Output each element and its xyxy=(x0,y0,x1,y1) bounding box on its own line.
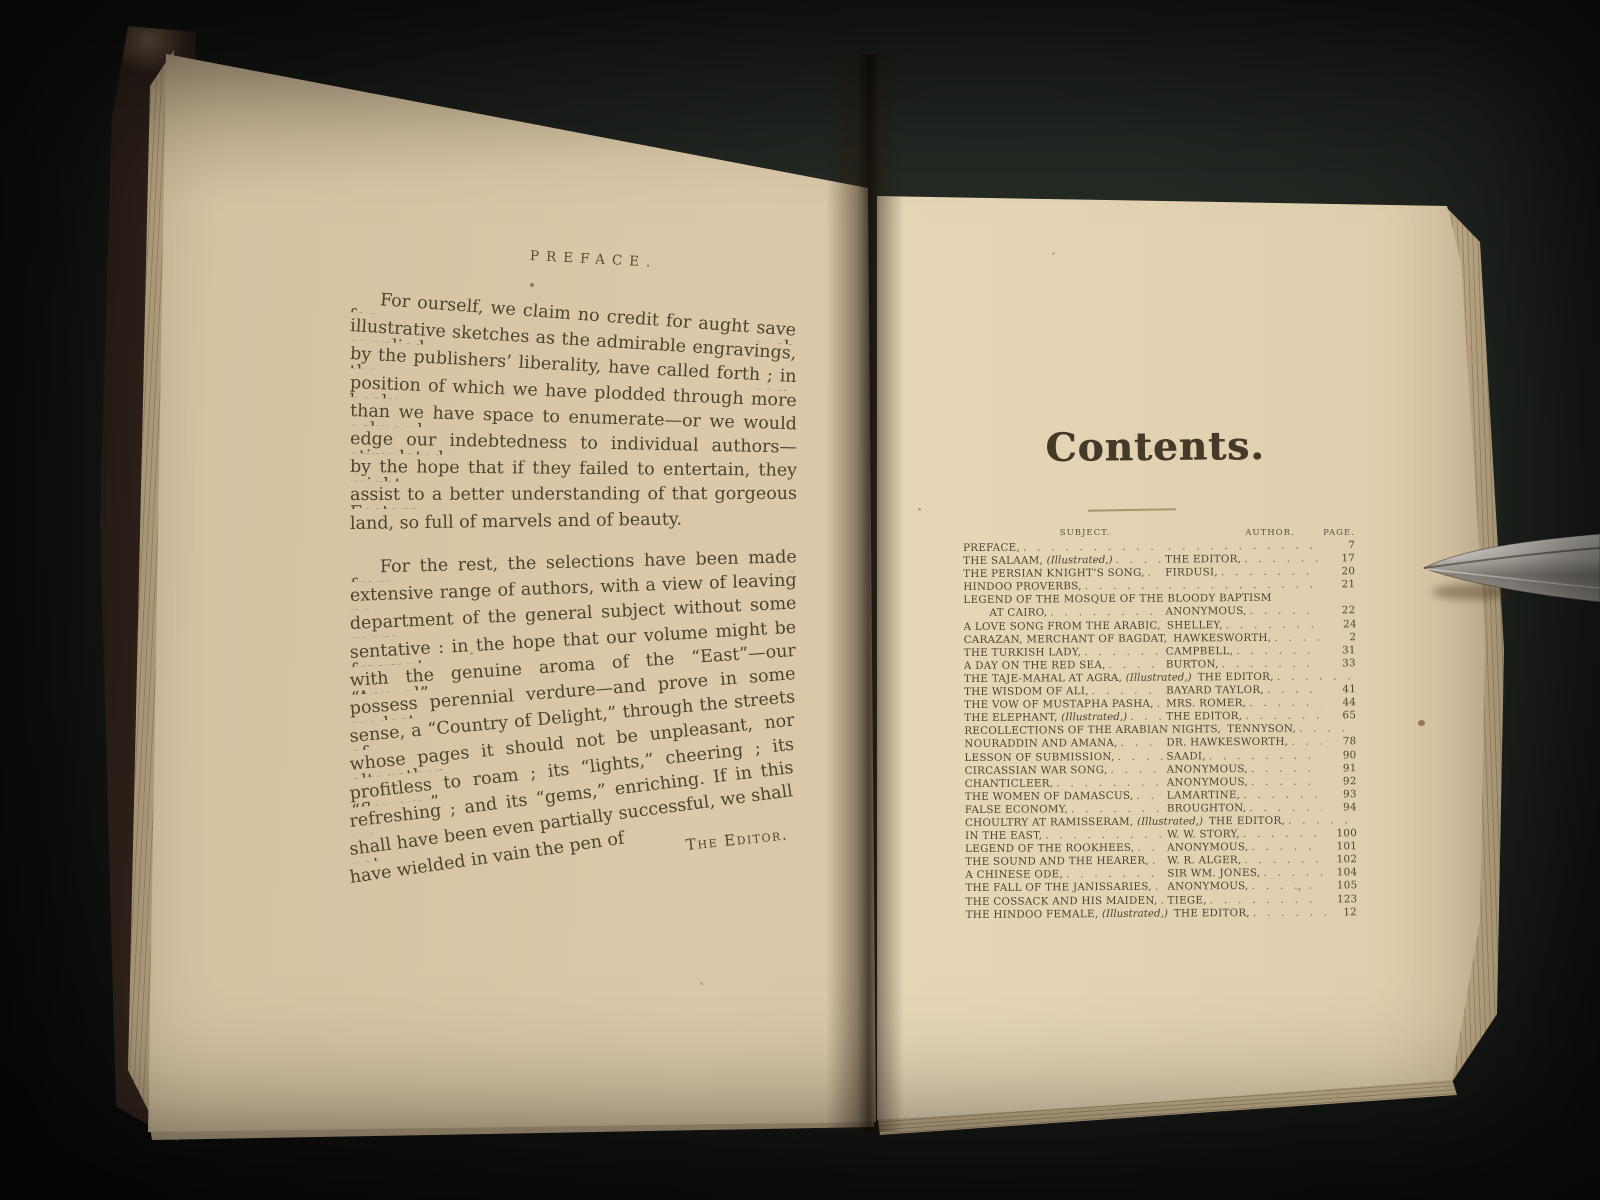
table-of-contents: PREFACE,. . . . . . . . . . . . . . . . … xyxy=(963,539,1358,921)
toc-subject: A LOVE SONG FROM THE ARABIC, xyxy=(964,619,1161,632)
toc-page-number: 101 xyxy=(1325,840,1357,852)
preface-line: assist to a better understanding of that… xyxy=(350,486,797,509)
toc-subject: THE VOW OF MUSTAPHA PASHA, xyxy=(964,698,1154,711)
toc-page-number: 90 xyxy=(1324,749,1356,761)
dot-leader: . . . . . . . . . . . . . . . . . . . . … xyxy=(1148,567,1163,579)
dot-leader: . . . . . . . . . . . . . . . . . . . . … xyxy=(1251,762,1322,774)
toc-subject: THE FALL OF THE JANISSARIES, xyxy=(965,881,1152,894)
dot-leader: . . . . . . . . . . . . . . . . . . . . … xyxy=(1251,841,1322,853)
dot-leader: . . . . . . . . . . . . . . . . . . . . … xyxy=(1243,828,1322,841)
dot-leader: . . . . . . . . . . . . . . . . . . . . … xyxy=(1249,697,1321,710)
foxing-speck xyxy=(918,508,921,511)
dot-leader: . . . . . . . . . . . . . . . . . . . . … xyxy=(1110,763,1163,775)
toc-subject: A DAY ON THE RED SEA, xyxy=(964,659,1106,672)
toc-page-number: 92 xyxy=(1325,775,1357,787)
toc-page-number: 102 xyxy=(1325,854,1357,866)
toc-page-number: 7 xyxy=(1323,539,1355,551)
dot-leader: . . . . . . . . . . . . . . . . . . . . … xyxy=(1291,736,1321,748)
dot-leader: . . . . . . . . . . . . . . . . . . . . … xyxy=(1210,893,1323,906)
toc-illustrated-note: (Illustrated,) xyxy=(1137,815,1203,827)
toc-page-number: 24 xyxy=(1325,618,1356,630)
toc-author: ANONYMOUS,. . . . . . . . . . . . . . . … xyxy=(1167,775,1325,788)
toc-author: BURTON,. . . . . . . . . . . . . . . . .… xyxy=(1166,657,1324,670)
toc-author: ANONYMOUS,. . . . . . . . . . . . . . . … xyxy=(1167,880,1325,893)
dot-leader: . . . . . . . . . . . . . . . . . . . . … xyxy=(1071,802,1164,815)
foxing-speck xyxy=(530,283,534,287)
dot-leader: . . . . . . . . . . . . . . . . . . . . … xyxy=(1157,698,1163,710)
toc-subject: THE WISDOM OF ALI, xyxy=(964,685,1089,698)
dot-leader: . . . . . . . . . . . . . . . . . . . . … xyxy=(1245,710,1321,723)
toc-author: SHELLEY,. . . . . . . . . . . . . . . . … xyxy=(1167,618,1325,631)
toc-subject: THE SOUND AND THE HEARER, xyxy=(965,855,1149,868)
toc-page-number: 44 xyxy=(1324,696,1356,708)
toc-subject: THE WOMEN OF DAMASCUS, xyxy=(965,790,1134,803)
dot-leader: . . . . . . . . . . . . . . . . . . . . … xyxy=(1252,880,1323,892)
toc-page-number: 105 xyxy=(1325,880,1357,892)
dot-leader: . . . . . . . . . . . . . . . . . . . . … xyxy=(1155,881,1165,893)
toc-illustrated-note: (Illustrated,) xyxy=(1126,671,1192,683)
toc-subject: RECOLLECTIONS OF THE ARABIAN NIGHTS, xyxy=(964,724,1221,738)
toc-page-number: 94 xyxy=(1325,801,1357,813)
toc-author: W. R. ALGER,. . . . . . . . . . . . . . … xyxy=(1167,854,1325,867)
foxing-speck xyxy=(470,652,473,655)
dot-leader: . . . . . . . . . . . . . . . . . . . . … xyxy=(1050,606,1162,619)
toc-subject: PREFACE, xyxy=(963,542,1020,554)
dot-leader: . . . . . . . . . . . . . . . . . . . . … xyxy=(1244,854,1322,867)
dot-leader: . . . . . . . . . . . . . . . . . . . . … xyxy=(1250,605,1321,617)
toc-page-number: 41 xyxy=(1324,683,1356,695)
toc-subject: FALSE ECONOMY, xyxy=(965,803,1068,816)
dot-leader: . . . . . . . . . . . . . . . . . . . . … xyxy=(1168,540,1320,553)
toc-page-number: 100 xyxy=(1325,827,1357,839)
toc-author: CAMPBELL,. . . . . . . . . . . . . . . .… xyxy=(1166,644,1324,657)
dot-leader: . . . . . . . . . . . . . . . . . . . . … xyxy=(1084,645,1163,658)
toc-page-number: 93 xyxy=(1325,788,1357,800)
foxing-speck xyxy=(1298,888,1301,891)
dot-leader: . . . . . . . . . . . . . . . . . . . . … xyxy=(1168,579,1320,592)
dot-leader: . . . . . . . . . . . . . . . . . . . . … xyxy=(1288,814,1357,826)
toc-page-number: 22 xyxy=(1323,605,1355,617)
toc-author: FIRDUSI,. . . . . . . . . . . . . . . . … xyxy=(1165,566,1323,579)
toc-subject: AT CAIRO, xyxy=(963,607,1047,620)
dot-leader: . . . . . . . . . . . . . . . . . . . . … xyxy=(1243,788,1322,801)
toc-page-number: 65 xyxy=(1324,709,1356,721)
toc-subject: LESSON OF SUBMISSION, xyxy=(964,750,1114,763)
toc-row: THE HINDOO FEMALE, (Illustrated,). . . .… xyxy=(966,906,1358,922)
dot-leader: . . . . . . . . . . . . . . . . . . . . … xyxy=(1116,554,1163,566)
dot-leader: . . . . . . . . . . . . . . . . . . . . … xyxy=(1152,855,1164,867)
toc-page-number: 20 xyxy=(1323,565,1355,577)
dot-leader: . . . . . . . . . . . . . . . . . . . . … xyxy=(1222,657,1321,670)
letter-opener xyxy=(1416,530,1600,614)
dot-leader: . . . . . . . . . . . . . . . . . . . . … xyxy=(1251,775,1322,787)
foxing-speck xyxy=(1418,720,1425,726)
dot-leader: . . . . . . . . . . . . . . . . . . . . … xyxy=(1253,906,1329,919)
toc-author: ANONYMOUS,. . . . . . . . . . . . . . . … xyxy=(1165,605,1323,618)
dot-leader: . . . . . . . . . . . . . . . . . . . . … xyxy=(1249,801,1322,814)
toc-author: ANONYMOUS,. . . . . . . . . . . . . . . … xyxy=(1167,762,1325,775)
dot-leader: . . . . . . . . . . . . . . . . . . . . … xyxy=(1066,868,1164,881)
toc-author: DR. HAWKESWORTH,. . . . . . . . . . . . … xyxy=(1166,736,1324,749)
toc-page-number: 104 xyxy=(1325,867,1357,879)
toc-subject: THE SALAAM, (Illustrated,) xyxy=(963,554,1113,567)
toc-subject: THE PERSIAN KNIGHT’S SONG, xyxy=(963,567,1145,580)
toc-subject: THE ELEPHANT, (Illustrated,) xyxy=(964,711,1127,724)
toc-author: THE EDITOR,. . . . . . . . . . . . . . .… xyxy=(1198,670,1356,683)
toc-author: MRS. ROMER,. . . . . . . . . . . . . . .… xyxy=(1166,697,1324,710)
toc-author: THE EDITOR,. . . . . . . . . . . . . . .… xyxy=(1174,906,1332,919)
foxing-speck xyxy=(700,982,703,985)
toc-subject: CHOULTRY AT RAMISSERAM, (Illustrated,) xyxy=(965,815,1203,829)
toc-subject: THE TAJE-MAHAL AT AGRA, (Illustrated,) xyxy=(964,671,1192,685)
toc-subject: THE TURKISH LADY, xyxy=(964,646,1081,659)
dot-leader: . . . . . . . . . . . . . . . . . . . . … xyxy=(1221,566,1320,579)
book-gutter-shadow xyxy=(826,54,904,1132)
book-photo: PREFACE. For ourself, we claim no credit… xyxy=(0,0,1600,1200)
toc-page-number: 129 xyxy=(1332,906,1358,918)
toc-author: HAWKESWORTH,. . . . . . . . . . . . . . … xyxy=(1173,631,1331,644)
dot-leader: . . . . . . . . . . . . . . . . . . . . … xyxy=(1121,737,1164,749)
toc-page-number: 33 xyxy=(1324,657,1356,669)
toc-illustrated-note: (Illustrated,) xyxy=(1047,554,1113,566)
toc-page-number: 91 xyxy=(1325,762,1357,774)
dot-leader: . . . . . . . . . . . . . . . . . . . . … xyxy=(1263,867,1322,879)
dot-leader: . . . . . . . . . . . . . . . . . . . . … xyxy=(1130,711,1163,723)
toc-page-number: 78 xyxy=(1324,736,1356,748)
toc-illustrated-note: (Illustrated,) xyxy=(1061,711,1127,723)
toc-author: W. W. STORY,. . . . . . . . . . . . . . … xyxy=(1167,828,1325,841)
toc-subject: THE COSSACK AND HIS MAIDEN, xyxy=(965,894,1157,907)
dot-leader: . . . . . . . . . . . . . . . . . . . . … xyxy=(1137,842,1164,854)
dot-leader: . . . . . . . . . . . . . . . . . . . . … xyxy=(1236,644,1321,657)
toc-subject: CHANTICLEER, xyxy=(965,777,1054,790)
dot-leader: . . . . . . . . . . . . . . . . . . . . … xyxy=(1274,631,1328,643)
dot-leader: . . . . . . . . . . . . . . . . . . . . … xyxy=(1023,541,1162,554)
contents-title: Contents. xyxy=(1040,423,1270,471)
toc-subject: LEGEND OF THE ROOKHEES, xyxy=(965,842,1134,855)
dot-leader: . . . . . . . . . . . . . . . . . . . . … xyxy=(1226,618,1322,631)
toc-author: . . . . . . . . . . . . . . . . . . . . … xyxy=(1165,539,1323,552)
toc-author: THE EDITOR,. . . . . . . . . . . . . . .… xyxy=(1166,710,1324,723)
toc-subject: THE HINDOO FEMALE, (Illustrated,) xyxy=(966,907,1168,920)
dot-leader: . . . . . . . . . . . . . . . . . . . . … xyxy=(1085,580,1163,593)
toc-page-number: 17 xyxy=(1323,552,1355,564)
toc-subject: LEGEND OF THE MOSQUE OF THE BLOODY BAPTI… xyxy=(963,592,1271,606)
dot-leader: . . . . . . . . . . . . . . . . . . . . … xyxy=(1267,684,1321,696)
dot-leader: . . . . . . . . . . . . . . . . . . . . … xyxy=(1161,894,1165,906)
toc-illustrated-note: (Illustrated,) xyxy=(1102,907,1168,919)
toc-subject: CARAZAN, MERCHANT OF BAGDAT, xyxy=(964,632,1168,645)
dot-leader: . . . . . . . . . . . . . . . . . . . . … xyxy=(1092,685,1163,697)
toc-author: TENNYSON,. . . . . . . . . . . . . . . .… xyxy=(1227,723,1356,736)
toc-subject: A CHINESE ODE, xyxy=(965,869,1063,882)
toc-author: BROUGHTON,. . . . . . . . . . . . . . . … xyxy=(1167,801,1325,814)
toc-page-number: 123 xyxy=(1325,893,1357,905)
toc-subject: HINDOO PROVERBS, xyxy=(963,580,1082,593)
preface-line: by the hope that if they failed to enter… xyxy=(350,459,797,485)
toc-subject: NOURADDIN AND AMANA, xyxy=(964,737,1117,750)
foxing-speck xyxy=(1052,252,1055,255)
toc-author: THE EDITOR,. . . . . . . . . . . . . . .… xyxy=(1209,814,1357,827)
dot-leader: . . . . . . . . . . . . . . . . . . . . … xyxy=(1277,670,1353,683)
toc-column-header-author: AUTHOR. xyxy=(1206,528,1334,538)
toc-column-header-subject: SUBJECT. xyxy=(1018,528,1152,538)
toc-column-header-page: PAGE. xyxy=(1318,528,1360,538)
toc-author: LAMARTINE,. . . . . . . . . . . . . . . … xyxy=(1167,788,1325,801)
dot-leader: . . . . . . . . . . . . . . . . . . . . … xyxy=(1209,749,1322,762)
dot-leader: . . . . . . . . . . . . . . . . . . . . … xyxy=(1109,658,1163,670)
toc-author: TIEGE,. . . . . . . . . . . . . . . . . … xyxy=(1167,893,1325,906)
toc-author: . . . . . . . . . . . . . . . . . . . . … xyxy=(1165,579,1323,592)
dot-leader: . . . . . . . . . . . . . . . . . . . . … xyxy=(1299,723,1356,735)
toc-author: BAYARD TAYLOR,. . . . . . . . . . . . . … xyxy=(1166,684,1324,697)
toc-author: SIR WM. JONES,. . . . . . . . . . . . . … xyxy=(1167,867,1325,880)
dot-leader: . . . . . . . . . . . . . . . . . . . . … xyxy=(1136,789,1163,801)
toc-author: ANONYMOUS,. . . . . . . . . . . . . . . … xyxy=(1167,841,1325,854)
dot-leader: . . . . . . . . . . . . . . . . . . . . … xyxy=(1056,776,1163,789)
dot-leader: . . . . . . . . . . . . . . . . . . . . … xyxy=(1118,750,1164,762)
toc-author: THE EDITOR,. . . . . . . . . . . . . . .… xyxy=(1165,553,1323,566)
toc-subject: IN THE EAST, xyxy=(965,830,1042,843)
dot-leader: . . . . . . . . . . . . . . . . . . . . … xyxy=(1244,553,1320,566)
toc-page-number: 25 xyxy=(1331,631,1356,643)
toc-page-number: 31 xyxy=(1324,644,1356,656)
dot-leader: . . . . . . . . . . . . . . . . . . . . … xyxy=(1045,829,1164,842)
toc-page-number: 21 xyxy=(1323,579,1355,591)
toc-author: SAADI,. . . . . . . . . . . . . . . . . … xyxy=(1166,749,1324,762)
toc-subject: CIRCASSIAN WAR SONG, xyxy=(965,764,1108,777)
